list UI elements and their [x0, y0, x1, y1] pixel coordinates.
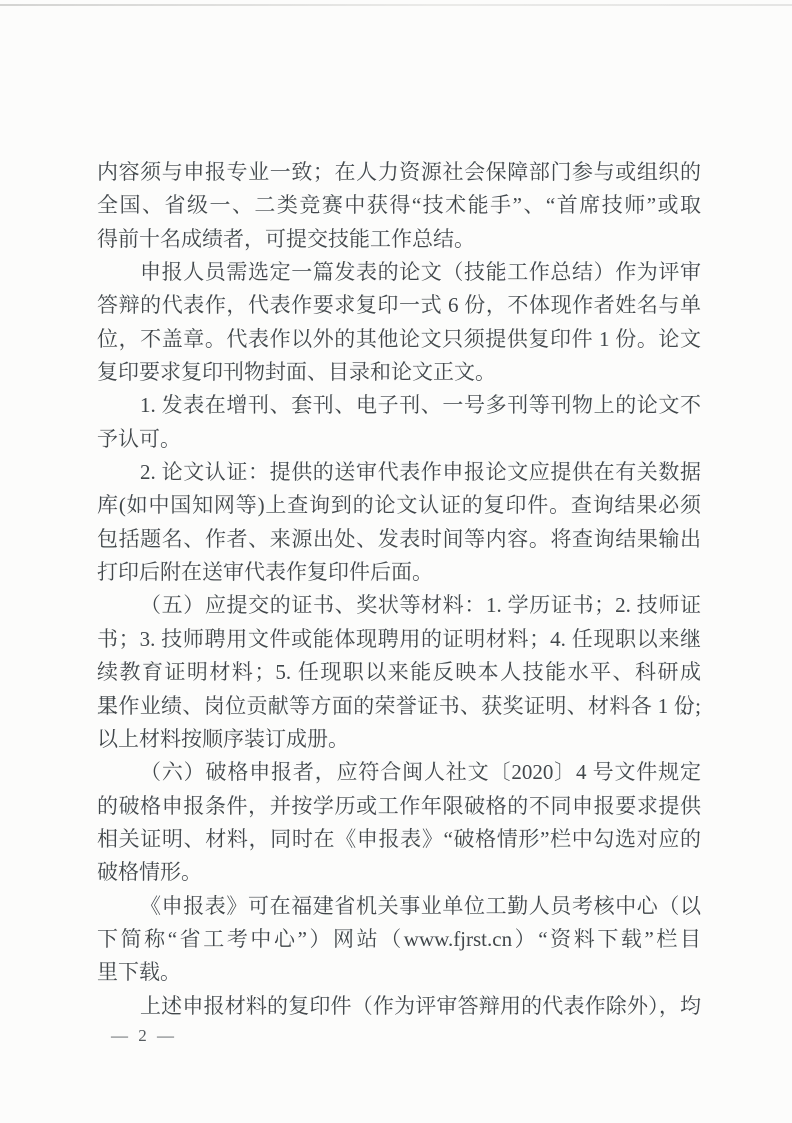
text-line: 下简称“省工考中心”）网站（www.fjrst.cn）“资料下载”栏目	[97, 923, 701, 956]
document-page: 内容须与申报专业一致；在人力资源社会保障部门参与或组织的全国、省级一、二类竞赛中…	[0, 0, 792, 1123]
text-line: 里下载。	[97, 956, 701, 989]
text-line: 上述申报材料的复印件（作为评审答辩用的代表作除外），均	[97, 990, 701, 1023]
text-line: 1. 发表在增刊、套刊、电子刊、一号多刊等刊物上的论文不	[97, 389, 701, 422]
text-line: 工作业绩、岗位贡献等方面的荣誉证书、获奖证明、材料各 1 份;	[97, 690, 701, 723]
text-line: 全国、省级一、二类竞赛中获得“技术能手”、“首席技师”或取	[97, 189, 701, 222]
text-line: 得前十名成绩者，可提交技能工作总结。	[97, 223, 701, 256]
text-line: 破格情形。	[97, 856, 701, 889]
text-line: 以上材料按顺序装订成册。	[97, 723, 701, 756]
text-line: 复印要求复印刊物封面、目录和论文正文。	[97, 356, 701, 389]
text-line: 库(如中国知网等)上查询到的论文认证的复印件。查询结果必须	[97, 489, 701, 522]
text-line: 答辩的代表作，代表作要求复印一式 6 份，不体现作者姓名与单	[97, 289, 701, 322]
scan-edge-line	[0, 4, 792, 6]
text-line: 相关证明、材料，同时在《申报表》“破格情形”栏中勾选对应的	[97, 823, 701, 856]
text-line: 予认可。	[97, 423, 701, 456]
text-line: 2. 论文认证：提供的送审代表作申报论文应提供在有关数据	[97, 456, 701, 489]
text-line: 内容须与申报专业一致；在人力资源社会保障部门参与或组织的	[97, 156, 701, 189]
document-text: 内容须与申报专业一致；在人力资源社会保障部门参与或组织的全国、省级一、二类竞赛中…	[97, 156, 701, 1023]
text-line: 的破格申报条件，并按学历或工作年限破格的不同申报要求提供	[97, 790, 701, 823]
text-line: （六）破格申报者，应符合闽人社文〔2020〕4 号文件规定	[97, 756, 701, 789]
text-line: 《申报表》可在福建省机关事业单位工勤人员考核中心（以	[97, 890, 701, 923]
text-line: 书；3. 技师聘用文件或能体现聘用的证明材料；4. 任现职以来继	[97, 623, 701, 656]
text-line: 申报人员需选定一篇发表的论文（技能工作总结）作为评审	[97, 256, 701, 289]
text-line: 包括题名、作者、来源出处、发表时间等内容。将查询结果输出	[97, 523, 701, 556]
page-number: — 2 —	[111, 1026, 177, 1046]
text-line: （五）应提交的证书、奖状等材料：1. 学历证书；2. 技师证	[97, 589, 701, 622]
text-line: 续教育证明材料；5. 任现职以来能反映本人技能水平、科研成果、	[97, 656, 701, 689]
text-line: 打印后附在送审代表作复印件后面。	[97, 556, 701, 589]
text-line: 位，不盖章。代表作以外的其他论文只须提供复印件 1 份。论文	[97, 323, 701, 356]
